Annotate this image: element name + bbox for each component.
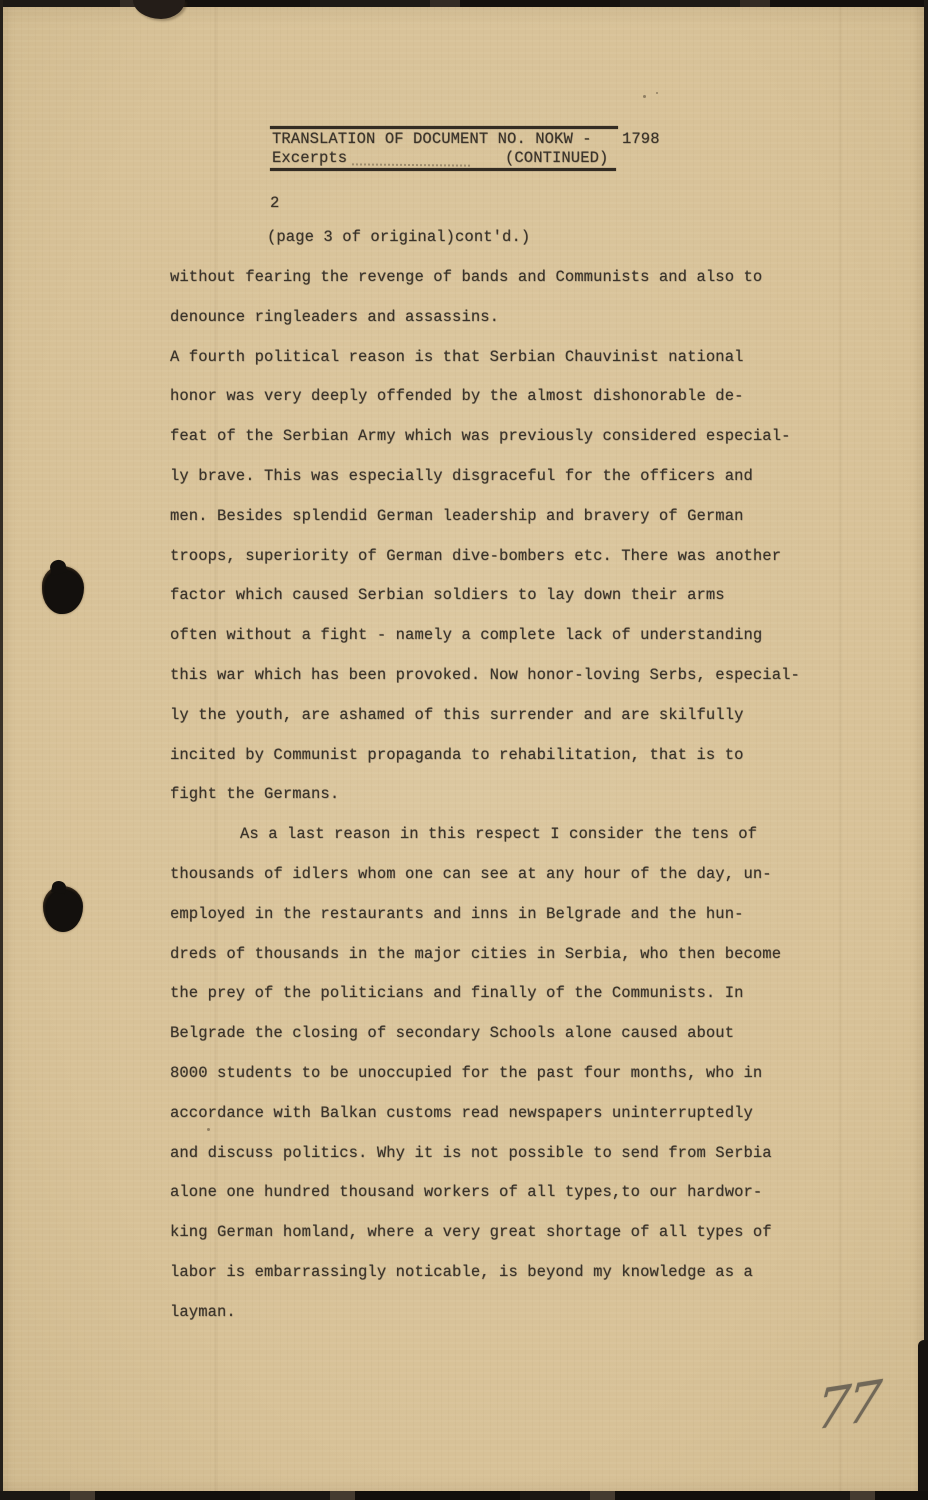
typed-line: A fourth political reason is that Serbia… — [170, 338, 850, 378]
typed-line: this war which has been provoked. Now ho… — [170, 656, 850, 696]
typed-line: feat of the Serbian Army which was previ… — [170, 417, 850, 457]
typed-line: layman. — [170, 1293, 850, 1333]
scan-edge-corner — [918, 1340, 928, 1500]
typed-line: honor was very deeply offended by the al… — [170, 377, 850, 417]
ink-speck — [643, 95, 646, 98]
ink-smudge — [352, 163, 470, 166]
scan-edge-left — [0, 0, 3, 1500]
punch-hole-top — [42, 566, 84, 614]
typed-line: denounce ringleaders and assassins. — [170, 298, 850, 338]
typed-line: incited by Communist propaganda to rehab… — [170, 736, 850, 776]
typed-line: thousands of idlers whom one can see at … — [170, 855, 850, 895]
typed-line: without fearing the revenge of bands and… — [170, 258, 850, 298]
scan-edge-bottom — [0, 1491, 928, 1500]
document-header: TRANSLATION OF DOCUMENT NO. NOKW - 1798 … — [270, 120, 670, 180]
typed-line: often without a fight - namely a complet… — [170, 616, 850, 656]
typed-line: the prey of the politicians and finally … — [170, 974, 850, 1014]
typed-line: men. Besides splendid German leadership … — [170, 497, 850, 537]
scan-edge-right — [924, 0, 928, 1500]
page-number: 2 — [270, 194, 279, 212]
typed-line: labor is embarrassingly noticable, is be… — [170, 1253, 850, 1293]
header-continued-label: (CONTINUED) — [505, 149, 608, 167]
typed-line: king German homland, where a very great … — [170, 1213, 850, 1253]
typed-line: Belgrade the closing of secondary School… — [170, 1014, 850, 1054]
typed-line: accordance with Balkan customs read news… — [170, 1094, 850, 1134]
typed-line: ly the youth, are ashamed of this surren… — [170, 696, 850, 736]
binder-tab — [133, 0, 185, 19]
typed-line: fight the Germans. — [170, 775, 850, 815]
document-number: 1798 — [622, 130, 660, 148]
typed-line: As a last reason in this respect I consi… — [170, 815, 850, 855]
handwritten-page-number: 77 — [814, 1368, 882, 1442]
typed-line: and discuss politics. Why it is not poss… — [170, 1134, 850, 1174]
typed-line: ly brave. This was especially disgracefu… — [170, 457, 850, 497]
ink-speck — [656, 92, 658, 94]
typed-line: employed in the restaurants and inns in … — [170, 895, 850, 935]
header-excerpts-label: Excerpts — [272, 149, 347, 167]
header-rule-top — [270, 126, 618, 129]
typed-line: factor which caused Serbian soldiers to … — [170, 576, 850, 616]
header-rule-bottom — [270, 168, 616, 171]
typed-body: without fearing the revenge of bands and… — [170, 258, 850, 1333]
typed-line: troops, superiority of German dive-bombe… — [170, 537, 850, 577]
typed-line: alone one hundred thousand workers of al… — [170, 1173, 850, 1213]
typed-line: dreds of thousands in the major cities i… — [170, 935, 850, 975]
continuation-note: (page 3 of original)cont'd.) — [267, 228, 530, 246]
punch-hole-bottom — [43, 886, 83, 932]
scanned-document-page: TRANSLATION OF DOCUMENT NO. NOKW - 1798 … — [0, 0, 928, 1500]
typed-line: 8000 students to be unoccupied for the p… — [170, 1054, 850, 1094]
header-title: TRANSLATION OF DOCUMENT NO. NOKW - — [272, 130, 592, 148]
